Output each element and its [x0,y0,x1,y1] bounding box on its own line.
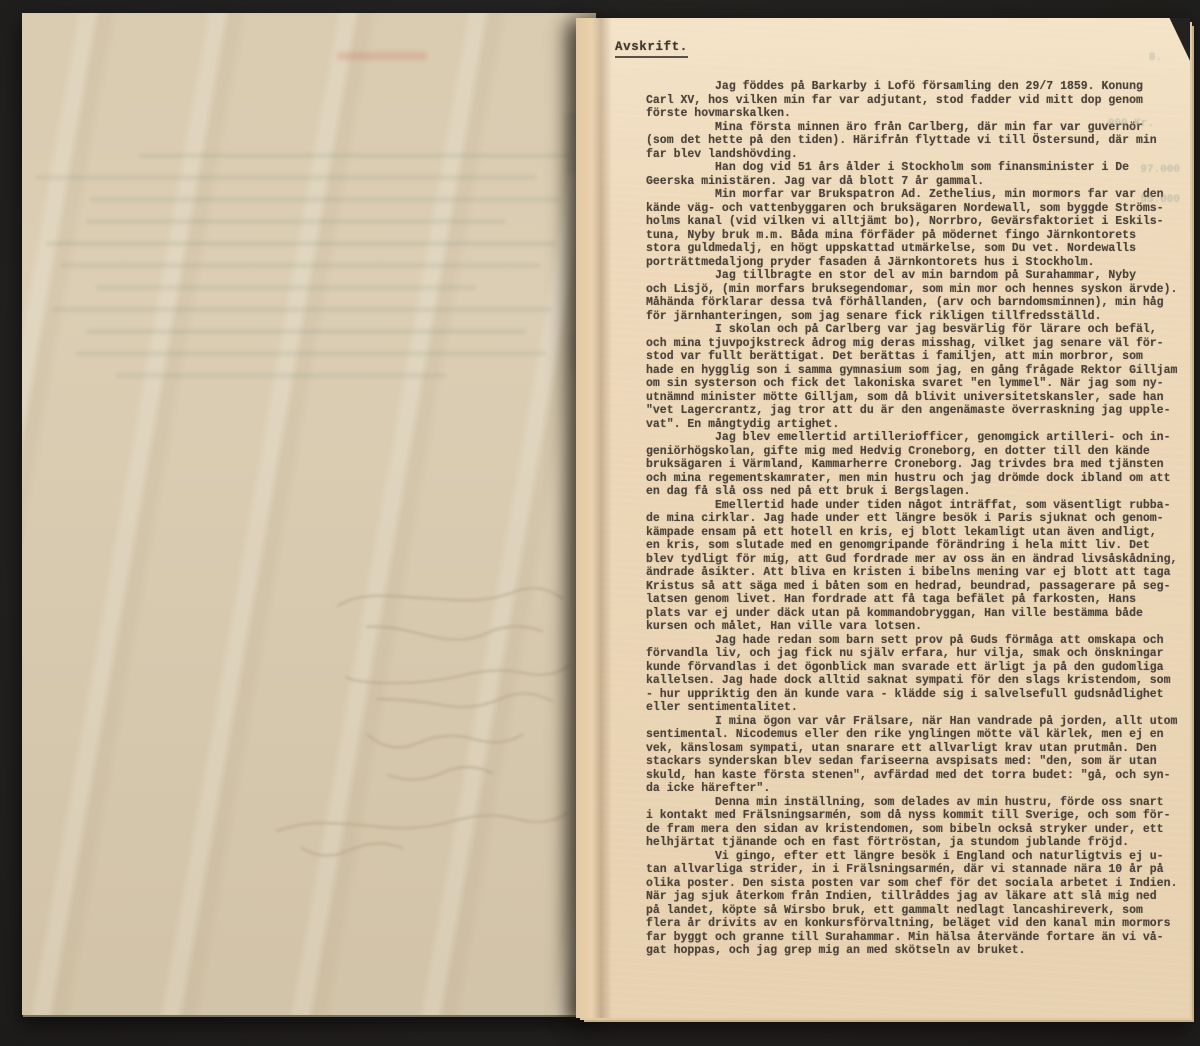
bleedthrough-figure: 000 Kr. [1108,118,1154,130]
bleedthrough-figure: 8. [1149,52,1162,64]
bleedthrough-figure: 97.000 [1140,164,1180,176]
right-page: Avskrift. Jag föddes på Barkarby i Lofö … [576,18,1190,1018]
document-title: Avskrift. [615,40,688,58]
document-body: Jag föddes på Barkarby i Lofö församling… [646,80,1177,958]
ghost-handwriting [22,13,596,1015]
left-page [22,13,596,1015]
folded-corner [1169,18,1190,63]
archival-scan: Avskrift. Jag föddes på Barkarby i Lofö … [0,0,1200,1046]
bleedthrough-figure: 55.000 [1140,194,1180,206]
